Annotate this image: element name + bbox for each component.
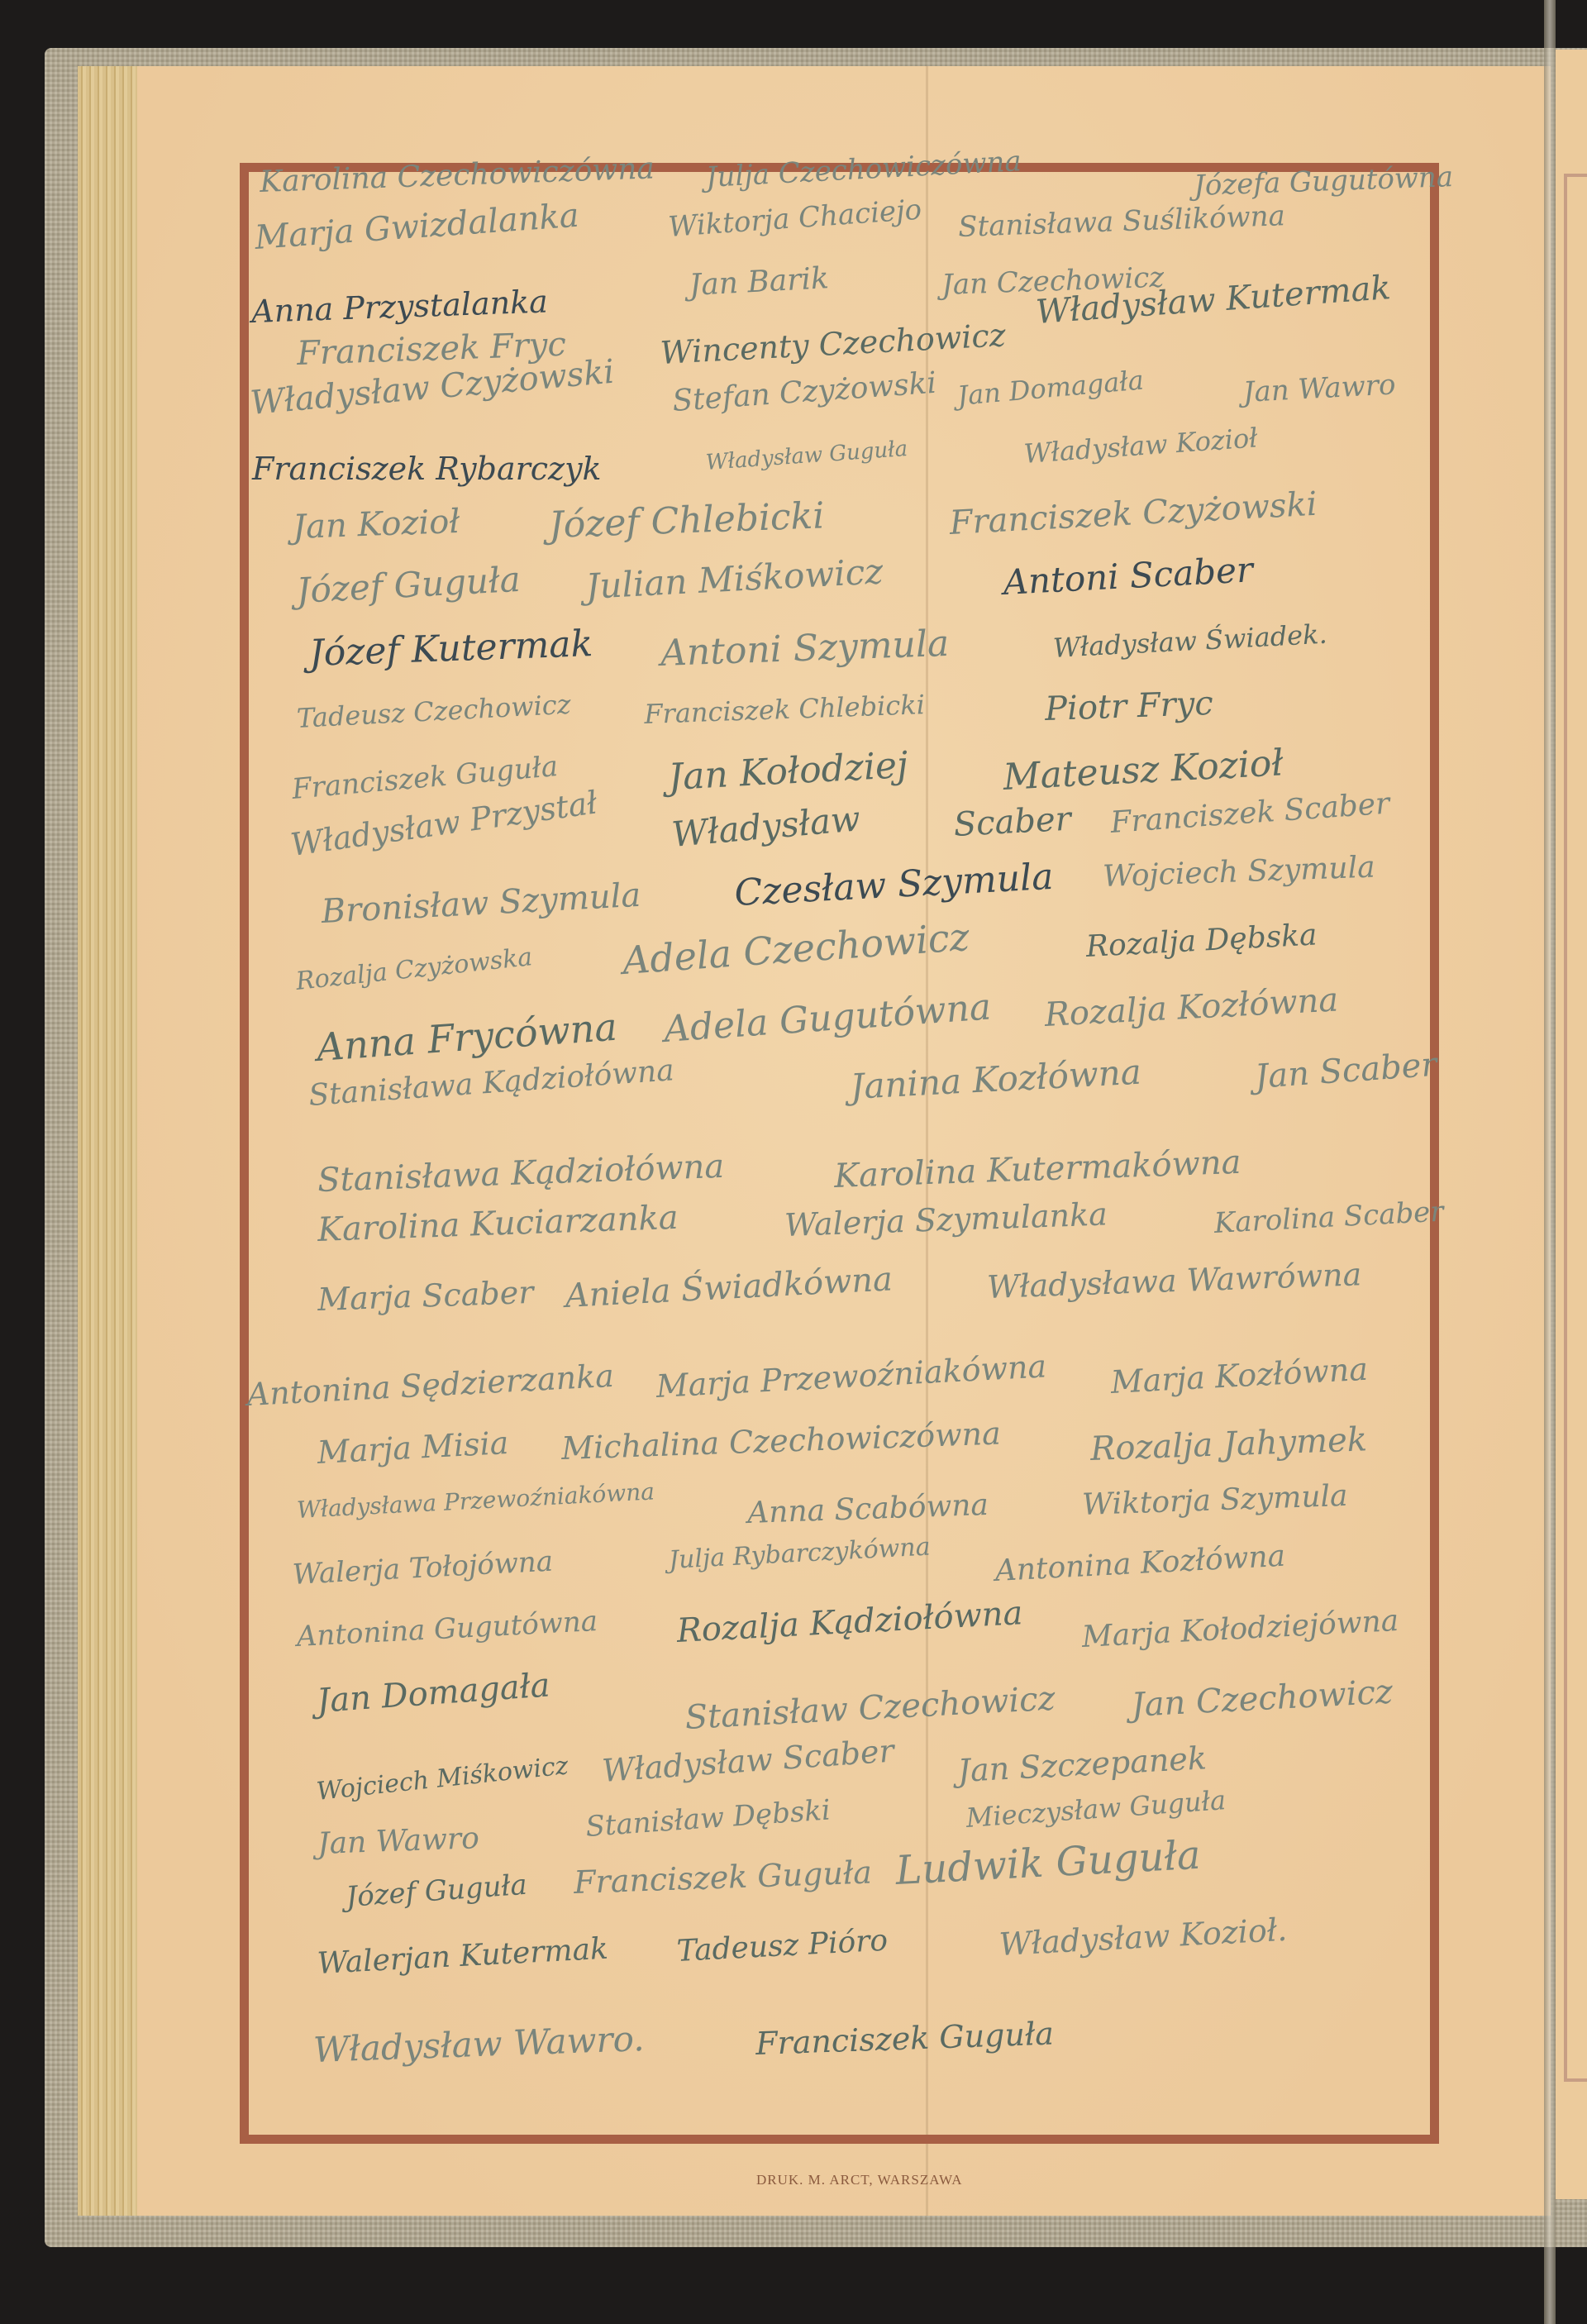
signature: Franciszek Rybarczyk [252, 451, 602, 487]
printer-imprint: DRUK. M. ARCT, WARSZAWA [756, 2172, 963, 2188]
facing-page-border [1564, 174, 1587, 2082]
signature: Scaber [953, 800, 1072, 844]
signature: Jan Kozioł [292, 503, 460, 546]
page-edges [78, 66, 137, 2216]
signature: Marja Scaber [317, 1274, 534, 1318]
signature: Jan Wawro [317, 1821, 480, 1861]
book-gutter [1544, 0, 1556, 2324]
signature: Piotr Fryc [1044, 685, 1213, 728]
facing-page-edge [1556, 50, 1587, 2199]
